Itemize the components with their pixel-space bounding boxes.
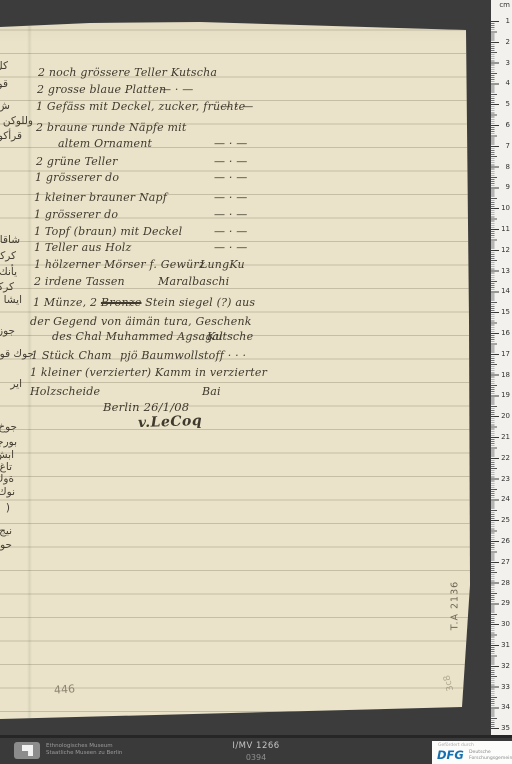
handwriting-line: HolzscheideBai xyxy=(0,385,471,400)
ruler-cm-label: 21 xyxy=(501,433,510,441)
ruler-cm-label: 31 xyxy=(501,641,510,649)
handwriting-line: 1 grösserer do— · — xyxy=(0,171,471,186)
ruler-cm-label: 17 xyxy=(501,350,510,358)
handwriting-secondary-column: — · — xyxy=(214,208,248,221)
handwriting-text: Holzscheide xyxy=(30,385,100,398)
handwriting-secondary-column: Bai xyxy=(202,385,221,398)
arabic-marginal-text: ابش xyxy=(0,449,14,461)
handwriting-line: 1 Münze, 2 Bronze Stein siegel (?) aus xyxy=(0,296,471,311)
ruler-cm-label: 19 xyxy=(501,391,510,399)
ruler-cm-label: 18 xyxy=(501,371,510,379)
handwriting-line: 1 Teller aus Holz— · — xyxy=(0,241,471,256)
handwriting-text: 2 noch grössere Teller Kutscha xyxy=(38,66,217,79)
ruler-cm-label: 2 xyxy=(506,38,510,46)
handwriting-secondary-column: — · — xyxy=(214,171,248,184)
pencil-page-number: 446 xyxy=(54,682,76,696)
ruler-cm-label: 13 xyxy=(501,267,510,275)
handwriting-secondary-column: — · — xyxy=(214,191,248,204)
handwriting-text: 1 hölzerner Mörser f. Gewürz xyxy=(34,258,205,271)
ruler-cm-label: 1 xyxy=(506,17,510,25)
handwriting-text: Berlin 26/1/08 xyxy=(103,400,189,414)
dfg-logo: DFG xyxy=(437,748,464,762)
ruler-cm-label: 10 xyxy=(501,204,510,212)
ruler-cm-label: 33 xyxy=(501,683,510,691)
ruler-cm-label: 11 xyxy=(501,225,510,233)
handwriting-text: 1 kleiner brauner Napf xyxy=(34,191,167,204)
handwriting-text: 1 Topf (braun) mit Deckel xyxy=(34,225,182,238)
ruler-cm-label: 24 xyxy=(501,495,510,503)
ruler-cm-label: 6 xyxy=(506,121,510,129)
handwriting-line: altem Ornament— · — xyxy=(0,137,471,152)
handwriting-line: 1 grösserer do— · — xyxy=(0,208,471,223)
handwriting-text: 2 grüne Teller xyxy=(36,155,118,168)
handwriting-text: 1 Münze, 2 Bronze Stein siegel (?) aus xyxy=(33,296,255,309)
handwriting-secondary-column: — · — xyxy=(214,241,248,254)
ruler-cm-label: 23 xyxy=(501,475,510,483)
footer-bar: Ethnologisches Museum Staatliche Museen … xyxy=(0,738,512,764)
handwriting-text: 2 irdene Tassen xyxy=(34,275,125,288)
handwriting-secondary-column: LungKu xyxy=(200,258,245,271)
handwriting-text: der Gegend von äimän tura, Geschenk xyxy=(30,315,252,328)
arabic-marginal-text: تاغ xyxy=(0,461,12,473)
handwriting-secondary-column: Maralbaschi xyxy=(158,275,229,288)
ruler-cm-label: 5 xyxy=(506,100,510,108)
handwriting-line: 2 braune runde Näpfe mit xyxy=(0,121,471,136)
handwriting-text: altem Ornament xyxy=(58,137,152,150)
ruler-cm-label: 27 xyxy=(501,558,510,566)
arabic-marginal-text: نيج xyxy=(0,525,12,537)
ruler-cm-label: 25 xyxy=(501,516,510,524)
handwriting-text: 1 grösserer do xyxy=(34,208,118,221)
handwriting-secondary-column: — · — xyxy=(220,100,254,113)
handwriting-text: 2 braune runde Näpfe mit xyxy=(36,121,186,134)
handwriting-line: 1 Topf (braun) mit Deckel— · — xyxy=(0,225,471,240)
handwriting-text: v.LeCoq xyxy=(138,413,203,431)
handwriting-line: 1 Stück Champjö Baumwollstoff · · · xyxy=(0,349,471,364)
handwriting-secondary-column: — · — xyxy=(160,83,194,96)
handwriting-text: 1 grösserer do xyxy=(35,171,119,184)
dfg-logo-card: Gefördert durch DFG Deutsche Forschungsg… xyxy=(432,741,512,764)
vertical-inventory-note: T.A 2136 xyxy=(450,571,461,641)
handwriting-line: der Gegend von äimän tura, Geschenk xyxy=(0,315,471,330)
ruler-cm-label: 35 xyxy=(501,724,510,732)
handwriting-line: 1 hölzerner Mörser f. GewürzLungKu xyxy=(0,258,471,273)
handwriting-secondary-column: Kutsche xyxy=(207,330,253,343)
handwriting-line: 2 noch grössere Teller Kutscha xyxy=(0,66,471,81)
ruler-cm-label: 32 xyxy=(501,662,510,670)
ruler-cm-label: 26 xyxy=(501,537,510,545)
dfg-name: Deutsche Forschungsgemeinschaft xyxy=(469,750,512,761)
handwriting-secondary-column: pjö Baumwollstoff · · · xyxy=(120,349,246,362)
ruler-cm-label: 30 xyxy=(501,620,510,628)
handwriting-text: 1 Teller aus Holz xyxy=(34,241,132,254)
ruler-cm-label: 8 xyxy=(506,163,510,171)
arabic-marginal-text: ةوك xyxy=(0,473,14,485)
ruler-cm-label: 4 xyxy=(506,79,510,87)
cm-ruler: cm 1234567891011121314151617181920212223… xyxy=(491,0,512,741)
ruler-cm-label: 12 xyxy=(501,246,510,254)
handwriting-line: 2 grüne Teller— · — xyxy=(0,155,471,170)
arabic-marginal-text: ( xyxy=(0,502,10,514)
handwriting-line: 2 irdene TassenMaralbaschi xyxy=(0,275,471,290)
scan-viewer-stage: كلقوشوللوكنقرأكوشاقاكركىيأنككركىايشاجوزك… xyxy=(0,0,512,764)
handwriting-text: 1 Gefäss mit Deckel, zucker, früchte xyxy=(36,100,245,113)
handwriting-line: 1 Gefäss mit Deckel, zucker, früchte— · … xyxy=(0,100,471,115)
faint-corner-note: 3c8 xyxy=(442,674,456,692)
handwriting-line: 1 kleiner brauner Napf— · — xyxy=(0,191,471,206)
handwriting-text: 2 grosse blaue Platten xyxy=(37,83,166,96)
handwriting-text: 1 Stück Cham xyxy=(31,349,112,362)
handwriting-secondary-column: — · — xyxy=(214,137,248,150)
ruler-cm-label: 29 xyxy=(501,599,510,607)
handwriting-secondary-column: — · — xyxy=(214,155,248,168)
handwriting-line: 1 kleiner (verzierter) Kamm in verzierte… xyxy=(0,366,471,381)
handwriting-text: 1 kleiner (verzierter) Kamm in verzierte… xyxy=(30,366,267,379)
handwriting-line: 2 grosse blaue Platten— · — xyxy=(0,83,471,98)
ruler-unit-label: cm xyxy=(499,1,510,9)
struck-word: Bronze xyxy=(101,296,142,309)
ruler-cm-label: 9 xyxy=(506,183,510,191)
arabic-marginal-text: بورجه xyxy=(0,436,17,448)
ruler-cm-label: 34 xyxy=(501,703,510,711)
handwriting-text: des Chal Muhammed Agsagal xyxy=(52,330,223,343)
ruler-cm-label: 28 xyxy=(501,579,510,587)
ruler-cm-label: 14 xyxy=(501,287,510,295)
ruler-cm-label: 22 xyxy=(501,454,510,462)
manuscript-page: كلقوشوللوكنقرأكوشاقاكركىيأنككركىايشاجوزك… xyxy=(0,0,471,722)
handwriting-line: Berlin 26/1/08 xyxy=(0,400,471,415)
handwriting-secondary-column: — · — xyxy=(214,225,248,238)
ruler-cm-label: 16 xyxy=(501,329,510,337)
signature: v.LeCoq xyxy=(0,414,471,429)
arabic-marginal-text: حو xyxy=(0,539,12,551)
ruler-cm-label: 20 xyxy=(501,412,510,420)
ruler-cm-label: 15 xyxy=(501,308,510,316)
handwriting-line: des Chal Muhammed AgsagalKutsche xyxy=(0,330,471,345)
dfg-name-line2: Forschungsgemeinschaft xyxy=(469,756,512,762)
ruler-cm-label: 3 xyxy=(506,59,510,67)
ruler-cm-label: 7 xyxy=(506,142,510,150)
arabic-marginal-text: نوك xyxy=(0,486,15,498)
